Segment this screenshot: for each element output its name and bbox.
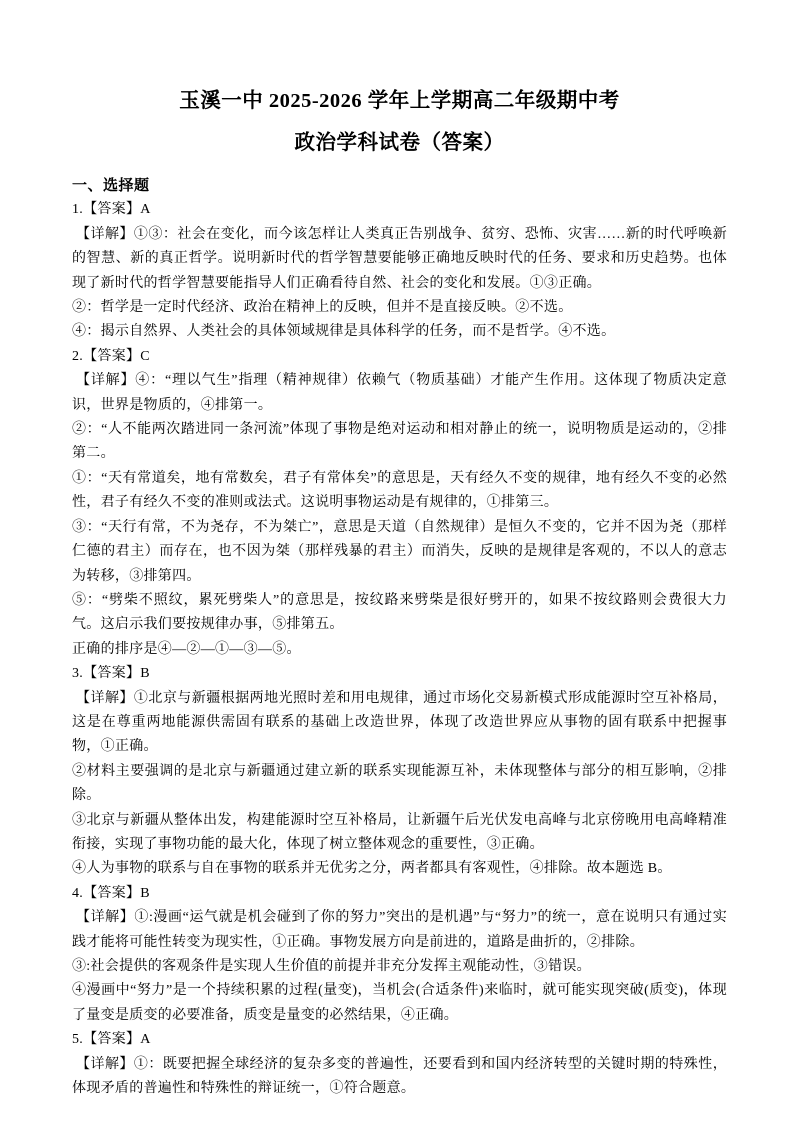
answer-item-4: 4.【答案】B 【详解】①:漫画“运气就是机会碰到了你的努力”突出的是机遇”与“… [72, 882, 727, 1028]
detail-paragraph: ②：“人不能两次踏进同一条河流”体现了事物是绝对运动和相对静止的统一，说明物质是… [72, 418, 727, 467]
answer-line: 1.【答案】A [72, 198, 727, 222]
detail-paragraph: ③:社会提供的客观条件是实现人生价值的前提并非充分发挥主观能动性，③错误。 [72, 955, 727, 979]
answer-item-1: 1.【答案】A 【详解】①③：社会在变化，而今该怎样让人类真正告别战争、贫穷、恐… [72, 198, 727, 344]
detail-paragraph: 正确的排序是④—②—①—③—⑤。 [72, 638, 727, 662]
detail-paragraph: 【详解】①北京与新疆根据两地光照时差和用电规律，通过市场化交易新模式形成能源时空… [72, 687, 727, 760]
detail-paragraph: ②：哲学是一定时代经济、政治在精神上的反映，但并不是直接反映。②不选。 [72, 296, 727, 320]
document-title: 玉溪一中 2025-2026 学年上学期高二年级期中考 政治学科试卷（答案） [72, 80, 727, 164]
document-page: 玉溪一中 2025-2026 学年上学期高二年级期中考 政治学科试卷（答案） 一… [0, 0, 793, 1122]
detail-paragraph: 【详解】①③：社会在变化，而今该怎样让人类真正告别战争、贫穷、恐怖、灾害……新的… [72, 223, 727, 296]
detail-paragraph: ①：“天有常道矣，地有常数矣，君子有常体矣”的意思是，天有经久不变的规律，地有经… [72, 467, 727, 516]
detail-paragraph: ④人为事物的联系与自在事物的联系并无优劣之分，两者都具有客观性，④排除。故本题选… [72, 857, 727, 881]
answer-line: 5.【答案】A [72, 1028, 727, 1052]
detail-paragraph: ⑤：“劈柴不照纹，累死劈柴人”的意思是，按纹路来劈柴是很好劈开的，如果不按纹路则… [72, 589, 727, 638]
answer-line: 3.【答案】B [72, 662, 727, 686]
title-line-2: 政治学科试卷（答案） [72, 122, 727, 164]
answer-item-5: 5.【答案】A 【详解】①：既要把握全球经济的复杂多变的普遍性，还要看到和国内经… [72, 1028, 727, 1101]
answer-item-3: 3.【答案】B 【详解】①北京与新疆根据两地光照时差和用电规律，通过市场化交易新… [72, 662, 727, 882]
answer-line: 2.【答案】C [72, 345, 727, 369]
detail-paragraph: 【详解】④：“理以气生”指理（精神规律）依赖气（物质基础）才能产生作用。这体现了… [72, 369, 727, 418]
answer-list: 1.【答案】A 【详解】①③：社会在变化，而今该怎样让人类真正告别战争、贫穷、恐… [72, 198, 727, 1101]
detail-paragraph: ④漫画中“努力”是一个持续积累的过程(量变)，当机会(合适条件)来临时，就可能实… [72, 979, 727, 1028]
detail-paragraph: ②材料主要强调的是北京与新疆通过建立新的联系实现能源互补，未体现整体与部分的相互… [72, 760, 727, 809]
detail-paragraph: ③：“天行有常，不为尧存，不为桀亡”，意思是天道（自然规律）是恒久不变的，它并不… [72, 516, 727, 589]
title-line-1: 玉溪一中 2025-2026 学年上学期高二年级期中考 [72, 80, 727, 122]
section-heading: 一、选择题 [72, 174, 727, 198]
detail-paragraph: 【详解】①:漫画“运气就是机会碰到了你的努力”突出的是机遇”与“努力”的统一，意… [72, 906, 727, 955]
answer-item-2: 2.【答案】C 【详解】④：“理以气生”指理（精神规律）依赖气（物质基础）才能产… [72, 345, 727, 662]
detail-paragraph: 【详解】①：既要把握全球经济的复杂多变的普遍性，还要看到和国内经济转型的关键时期… [72, 1053, 727, 1102]
detail-paragraph: ③北京与新疆从整体出发，构建能源时空互补格局，让新疆午后光伏发电高峰与北京傍晚用… [72, 809, 727, 858]
answer-line: 4.【答案】B [72, 882, 727, 906]
detail-paragraph: ④：揭示自然界、人类社会的具体领域规律是具体科学的任务，而不是哲学。④不选。 [72, 320, 727, 344]
